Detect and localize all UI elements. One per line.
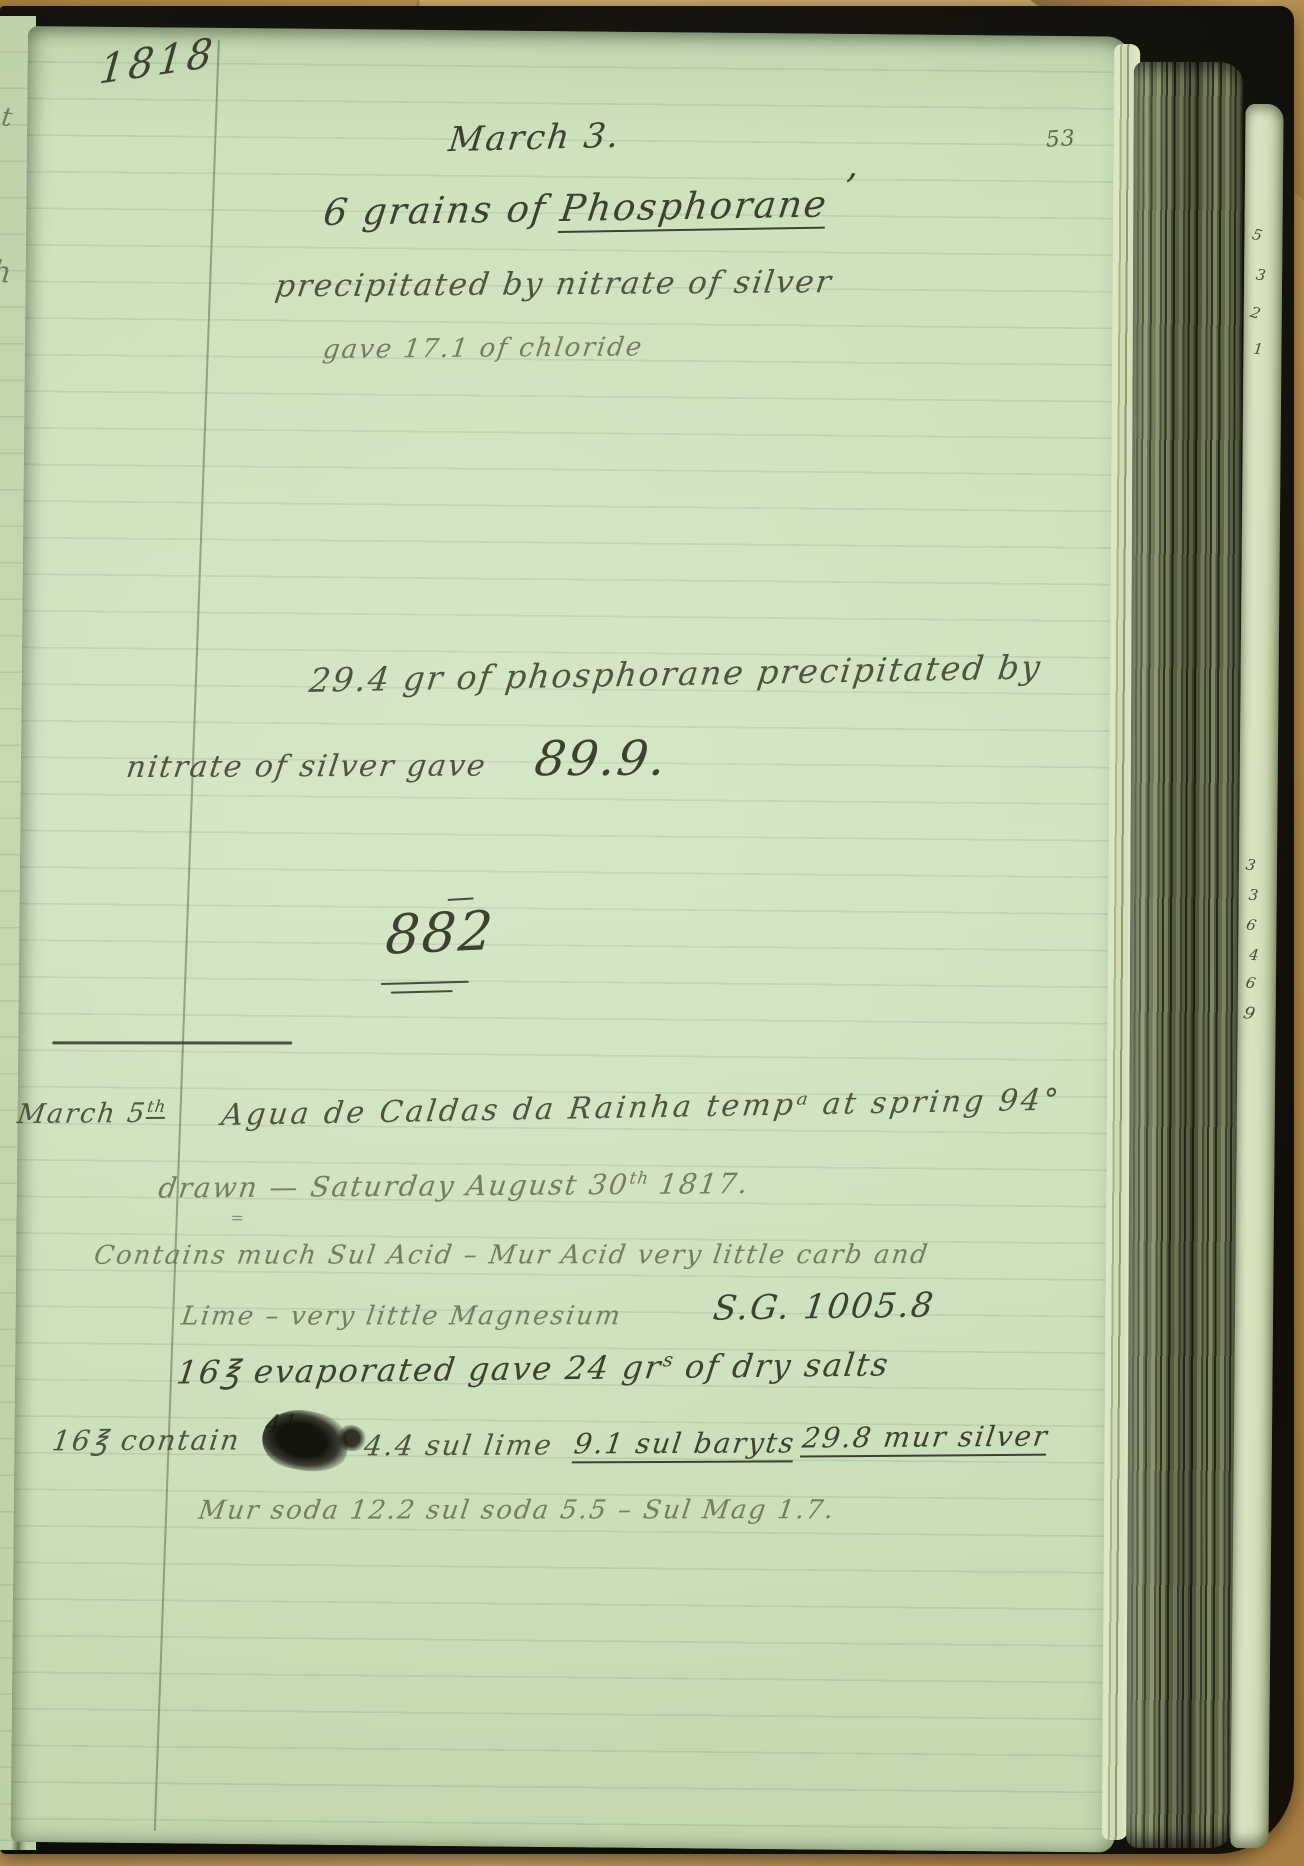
- entry-separator-rule: [52, 1041, 292, 1044]
- edge-mark: 1: [1252, 340, 1264, 359]
- entry3-contain-pre: 16℥ contain: [50, 1423, 243, 1457]
- edge-mark: 3: [1248, 886, 1259, 905]
- entry3-drawn-ordinal: th: [628, 1167, 650, 1187]
- entry3-drawn-year: 1817.: [657, 1167, 752, 1201]
- page-edges-stack: [1126, 62, 1244, 1848]
- entry3-contain-baryts-value: 9.1 sul baryts: [572, 1426, 798, 1463]
- edge-mark: 2: [1248, 303, 1262, 323]
- entry1-substance-underlined: Phosphorane: [558, 183, 831, 234]
- entry3-evaporation-line: 16℥ evaporated gave 24 grs of dry salts: [174, 1345, 892, 1391]
- entry3-contain-silver-value: 29.8 mur silver: [800, 1420, 1051, 1458]
- edge-mark: 6: [1244, 973, 1257, 992]
- entry3-title-line: Agua de Caldas da Rainha tempᵃ at spring…: [219, 1083, 1063, 1133]
- notebook-page: 1818 53 March 3. 6 grains of Phosphorane…: [11, 26, 1132, 1853]
- entry2-line2-text: nitrate of silver gave: [124, 748, 489, 785]
- desk-scene: tat h 1818 53 March 3. 6 grains of Phosp…: [0, 0, 1304, 1866]
- ditto-mark: =: [230, 1208, 246, 1227]
- left-page-text-fragment: tat: [0, 98, 16, 134]
- entry3-date: March 5th: [15, 1097, 167, 1130]
- entry3-soda-line: Mur soda 12.2 sul soda 5.5 – Sul Mag 1.7…: [197, 1495, 838, 1526]
- entry1-amount-pre: 6 grains of: [321, 187, 563, 234]
- entry2-result-value: 89.9.: [531, 731, 671, 788]
- entry1-apostrophe: ’: [841, 166, 860, 209]
- edge-mark: 3: [1255, 265, 1267, 284]
- page-number: 53: [1045, 126, 1076, 153]
- entry3-drawn-text: drawn — Saturday August 30: [157, 1168, 631, 1205]
- underline-stroke: [391, 990, 453, 994]
- edge-mark: 6: [1245, 915, 1258, 935]
- entry3-contains-line: Contains much Sul Acid – Mur Acid very l…: [92, 1240, 931, 1271]
- entry1-process-line: precipitated by nitrate of silver: [273, 264, 835, 304]
- entry2-line1: 29.4 gr of phosphorane precipitated by: [307, 647, 1044, 700]
- entry1-amount-line: 6 grains of Phosphorane’: [321, 182, 844, 234]
- year-heading: 1818: [97, 29, 218, 93]
- entry3-contain-lime-value: 4.4 sul lime: [362, 1428, 555, 1462]
- entry3-date-text: March 5: [15, 1098, 148, 1130]
- entry1-result-line: gave 17.1 of chloride: [321, 332, 645, 365]
- entry2-line2: nitrate of silver gave 89.9.: [124, 731, 672, 789]
- edge-mark: 3: [1244, 855, 1257, 874]
- edge-mark: 5: [1250, 225, 1264, 245]
- entry3-evap-post: of dry salts: [671, 1345, 892, 1386]
- underline-stroke: [381, 981, 469, 985]
- entry3-lime-line: Lime – very little Magnesium: [180, 1301, 624, 1331]
- edge-mark: 9: [1241, 1003, 1256, 1025]
- margin-rule-line: [154, 40, 220, 1831]
- entry3-drawn-line: drawn — Saturday August 30th 1817.: [157, 1167, 752, 1205]
- entry3-date-ordinal: th: [146, 1097, 168, 1119]
- entry2-total: 882: [384, 899, 497, 967]
- left-page-text-fragment: h: [0, 254, 15, 291]
- edge-mark: 4: [1248, 945, 1260, 964]
- ink-blot-splatter: [336, 1425, 366, 1451]
- entry3-evap-pre: 16℥ evaporated gave 24 gr: [174, 1348, 664, 1392]
- entry1-date-line: March 3.: [447, 116, 623, 160]
- entry3-specific-gravity: S.G. 1005.8: [711, 1285, 937, 1328]
